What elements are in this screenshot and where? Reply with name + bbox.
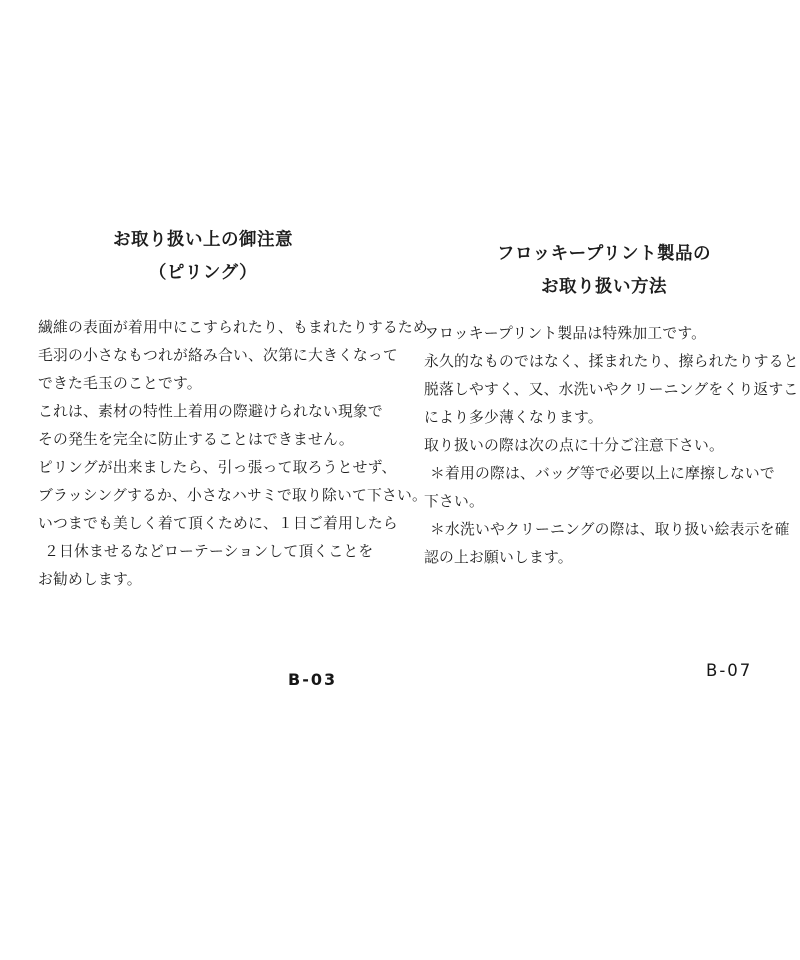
flocky-print-section: フロッキープリント製品の お取り扱い方法 フロッキープリント製品は特殊加工です。…	[424, 238, 790, 572]
pilling-notice-title-line2: （ピリング）	[38, 257, 368, 290]
body-line: いつまでも美しく着て頂くために、１日ご着用したら	[38, 510, 388, 538]
pilling-notice-body: 繊維の表面が着用中にこすられたり、もまれたりするため、 毛羽の小さなもつれが絡み…	[38, 314, 388, 594]
body-line: その発生を完全に防止することはできません。	[38, 426, 388, 454]
pilling-notice-title-line1: お取り扱い上の御注意	[38, 224, 368, 257]
body-line: 脱落しやすく、又、水洗いやクリーニングをくり返すこと	[424, 376, 790, 404]
body-line: 繊維の表面が着用中にこすられたり、もまれたりするため、	[38, 314, 388, 342]
body-line: ２日休ませるなどローテーションして頂くことを	[38, 538, 388, 566]
body-line: ＊水洗いやクリーニングの際は、取り扱い絵表示を確	[424, 516, 790, 544]
flocky-print-title: フロッキープリント製品の お取り扱い方法	[424, 238, 784, 304]
body-line: ピリングが出来ましたら、引っ張って取ろうとせず、	[38, 454, 388, 482]
flocky-print-body: フロッキープリント製品は特殊加工です。 永久的なものではなく、揉まれたり、擦られ…	[424, 320, 790, 572]
body-line: これは、素材の特性上着用の際避けられない現象で	[38, 398, 388, 426]
body-line: により多少薄くなります。	[424, 404, 790, 432]
body-line: 認の上お願いします。	[424, 544, 790, 572]
body-line: 取り扱いの際は次の点に十分ご注意下さい。	[424, 432, 790, 460]
body-line: ＊着用の際は、バッグ等で必要以上に摩擦しないで	[424, 460, 790, 488]
body-line: できた毛玉のことです。	[38, 370, 388, 398]
flocky-print-title-line2: お取り扱い方法	[424, 271, 784, 304]
pilling-notice-title: お取り扱い上の御注意 （ピリング）	[38, 224, 368, 290]
flocky-print-title-line1: フロッキープリント製品の	[424, 238, 784, 271]
reference-code-b07: B-07	[706, 661, 752, 680]
body-line: 永久的なものではなく、揉まれたり、擦られたりすると	[424, 348, 790, 376]
body-line: ブラッシングするか、小さなハサミで取り除いて下さい。	[38, 482, 388, 510]
document-page: お取り扱い上の御注意 （ピリング） 繊維の表面が着用中にこすられたり、もまれたり…	[0, 0, 800, 960]
body-line: 毛羽の小さなもつれが絡み合い、次第に大きくなって	[38, 342, 388, 370]
body-line: お勧めします。	[38, 566, 388, 594]
body-line: 下さい。	[424, 488, 790, 516]
reference-code-b03: B-03	[288, 670, 337, 689]
body-line: フロッキープリント製品は特殊加工です。	[424, 320, 790, 348]
pilling-notice-section: お取り扱い上の御注意 （ピリング） 繊維の表面が着用中にこすられたり、もまれたり…	[38, 224, 388, 594]
